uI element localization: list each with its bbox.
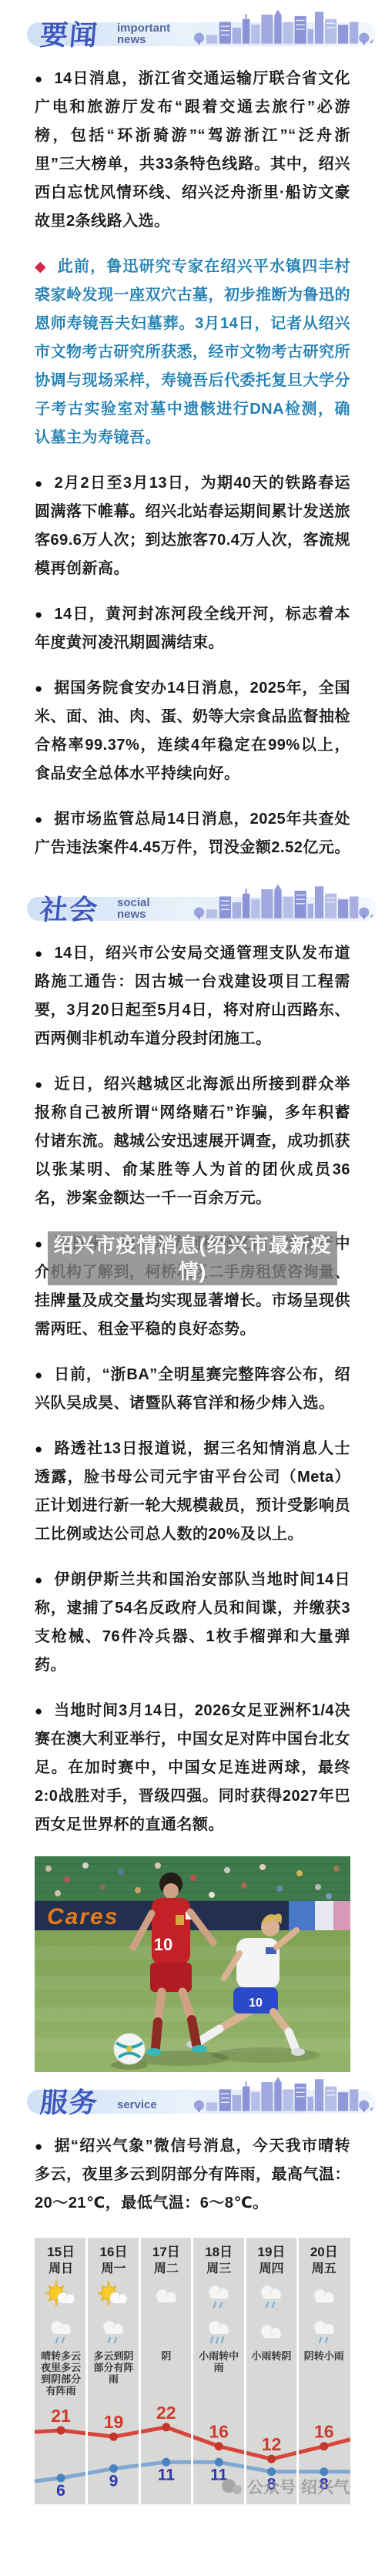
news-text: 2月2日至3月13日，为期40天的铁路春运圆满落下帷幕。绍兴北站春运期间累计发送… — [35, 475, 350, 577]
news-text: 日前，“浙BA”全明星赛完整阵容公布，绍兴队吴成昊、诸暨队蒋官洋和杨少炜入选。 — [35, 1366, 350, 1412]
news-text: 14日，绍兴市公安局交通管理支队发布道路施工通告：因古城一台戏建设项目工程需要，… — [35, 945, 350, 1047]
subtitle-line-2: news — [117, 908, 202, 920]
bullet-dot-icon: ● — [35, 1368, 43, 1382]
day-condition: 阴 — [140, 2349, 192, 2363]
news-item: ●14日消息，浙江省交通运输厅联合省文化广电和旅游厅发布“跟着交通去旅行”必游榜… — [35, 65, 350, 236]
weather-day-icon-sun-cloud — [87, 2278, 139, 2313]
day-condition: 多云到阴部分有阵雨 — [87, 2349, 139, 2386]
news-item: ●据“绍兴气象”微信号消息，今天我市晴转多云，夜里多云到阴部分有阵雨，最高气温：… — [35, 2132, 350, 2218]
bullet-dot-icon: ● — [35, 946, 44, 961]
day-date: 15日 — [35, 2244, 87, 2261]
bullet-dot-icon: ● — [35, 812, 43, 827]
section-subtitle: social news — [117, 897, 202, 920]
news-text: 伊朗伊斯兰共和国治安部队当地时间14日称，逮捕了54名反政府人员和间谍，并缴获3… — [35, 1571, 350, 1674]
temp-label-low: 9 — [109, 2473, 119, 2490]
day-date: 16日 — [87, 2244, 139, 2261]
news-text: 此前，鲁迅研究专家在绍兴平水镇四丰村裘家岭发现一座双穴古墓，初步推断为鲁迅的恩师… — [35, 258, 350, 446]
bullet-dot-icon: ● — [35, 1442, 44, 1456]
bullet-dot-icon: ● — [35, 607, 44, 622]
news-item: ●伊朗伊斯兰共和国治安部队当地时间14日称，逮捕了54名反政府人员和间谍，并缴获… — [35, 1566, 350, 1680]
bullet-dot-icon: ● — [35, 476, 44, 491]
section-header-fuwu: 服务 service — [0, 2072, 385, 2115]
section-header-yaowen: 要闻 important news — [0, 5, 385, 48]
section-title: 要闻 — [38, 22, 99, 49]
column-divider — [85, 2238, 88, 2504]
news-item: ●2月2日至3月13日，为期40天的铁路春运圆满落下帷幕。绍兴北站春运期间累计发… — [35, 469, 350, 583]
temp-label-high: 22 — [156, 2404, 176, 2423]
white-player-number: 10 — [249, 1997, 263, 2010]
wechat-icon — [233, 2485, 242, 2494]
news-item: ●连日来，记者走访柯桥城区内多家房产中介机构了解到，柯桥城区二手房租赁咨询量、挂… — [35, 1230, 350, 1344]
news-item: ●14日，绍兴市公安局交通管理支队发布道路施工通告：因古城一台戏建设项目工程需要… — [35, 939, 350, 1053]
weather-day-column: 16日周一多云到阴部分有阵雨 — [87, 2238, 139, 2404]
news-text: 近日，绍兴越城区北海派出所接到群众举报称自己被所谓“网络赌石”诈骗，多年积蓄付诸… — [35, 1076, 350, 1207]
city-skyline-icon — [193, 2075, 374, 2114]
weather-day-column: 17日周二阴 — [140, 2238, 192, 2404]
news-item: ●当地时间3月14日，2026女足亚洲杯1/4决赛在澳大利亚举行，中国女足对阵中… — [35, 1697, 350, 1839]
subtitle-line-1: social — [117, 897, 202, 908]
news-list-yaowen: ●14日消息，浙江省交通运输厅联合省文化广电和旅游厅发布“跟着交通去旅行”必游榜… — [0, 65, 385, 862]
temp-label-low: 6 — [56, 2482, 65, 2500]
news-item: ●据国务院食安办14日消息，2025年，全国米、面、油、肉、蛋、奶等大宗食品监督… — [35, 674, 350, 788]
temp-label-low: 11 — [158, 2466, 176, 2484]
chart-watermark-text: 公众号·绍兴气象 — [247, 2478, 350, 2497]
bullet-dot-icon: ● — [35, 2139, 44, 2154]
news-list-fuwu: ●据“绍兴气象”微信号消息，今天我市晴转多云，夜里多云到阴部分有阵雨，最高气温：… — [0, 2132, 385, 2218]
news-item: ●14日，黄河封冻河段全线开河，标志着本年度黄河凌汛期圆满结束。 — [35, 600, 350, 657]
section-subtitle: service — [117, 2099, 202, 2111]
bullet-dot-icon: ● — [35, 1077, 44, 1092]
section-subtitle: important news — [117, 22, 202, 45]
page-root: 要闻 important news ●14日消息，浙江省交通运输厅联合省文化广电… — [0, 0, 385, 2576]
bullet-diamond-icon: ◆ — [35, 259, 47, 275]
weather-night-icon-cloud-rain-heavy — [192, 2313, 245, 2349]
weather-night-icon-cloud-rain — [35, 2313, 87, 2349]
subtitle-line-1: service — [117, 2099, 202, 2111]
day-condition: 阴转小雨 — [298, 2349, 350, 2363]
day-date: 19日 — [245, 2244, 297, 2261]
news-text: 14日，黄河封冻河段全线开河，标志着本年度黄河凌汛期圆满结束。 — [35, 606, 350, 651]
match-photo: Cares 10 — [35, 1856, 350, 2072]
weather-day-icon-cloud-rain — [245, 2278, 297, 2313]
red-player-number: 10 — [154, 1935, 172, 1954]
day-condition: 小雨转中雨 — [192, 2349, 245, 2375]
news-list-shehui: ●14日，绍兴市公安局交通管理支队发布道路施工通告：因古城一台戏建设项目工程需要… — [0, 939, 385, 1839]
weather-night-icon-cloud — [245, 2313, 297, 2349]
day-weekday: 周二 — [140, 2261, 192, 2278]
news-text: 据“绍兴气象”微信号消息，今天我市晴转多云，夜里多云到阴部分有阵雨，最高气温：2… — [35, 2138, 350, 2212]
weather-day-icon-cloud-rain — [192, 2278, 245, 2313]
temp-label-high: 16 — [209, 2422, 229, 2442]
day-weekday: 周三 — [192, 2261, 245, 2278]
section-title: 服务 — [38, 2089, 99, 2117]
news-item: ●据市场监管总局14日消息，2025年共查处广告违法案件4.45万件，罚没金额2… — [35, 805, 350, 862]
weather-night-icon-cloud-rain — [87, 2313, 139, 2349]
news-text: 据市场监管总局14日消息，2025年共查处广告违法案件4.45万件，罚没金额2.… — [35, 811, 350, 856]
news-item: ◆此前，鲁迅研究专家在绍兴平水镇四丰村裘家岭发现一座双穴古墓，初步推断为鲁迅的恩… — [35, 253, 350, 452]
weather-night-icon-cloud-rain — [298, 2313, 350, 2349]
city-skyline-icon — [193, 882, 374, 921]
day-date: 18日 — [192, 2244, 245, 2261]
day-weekday: 周日 — [35, 2261, 87, 2278]
weather-day-icon-cloud — [298, 2278, 350, 2313]
epidemic-watermark-overlay: 绍兴市疫情消息(绍兴市最新疫情) — [48, 1231, 337, 1285]
weather-day-column: 18日周三小雨转中雨 — [192, 2238, 245, 2404]
bullet-dot-icon: ● — [35, 1237, 44, 1251]
bullet-dot-icon: ● — [35, 72, 44, 86]
weather-day-column: 15日周日晴转多云夜里多云到阴部分有阵雨 — [35, 2238, 87, 2404]
news-text: 当地时间3月14日，2026女足亚洲杯1/4决赛在澳大利亚举行，中国女足对阵中国… — [35, 1702, 350, 1833]
column-divider — [244, 2238, 246, 2504]
day-date: 17日 — [140, 2244, 192, 2261]
temp-label-high: 12 — [262, 2434, 282, 2454]
weather-day-icon-sun-cloud — [35, 2278, 87, 2313]
weather-day-column: 20日周五阴转小雨 — [298, 2238, 350, 2404]
news-text: 据国务院食安办14日消息，2025年，全国米、面、油、肉、蛋、奶等大宗食品监督抽… — [35, 680, 350, 782]
chart-watermark: 公众号·绍兴气象 — [222, 2478, 350, 2497]
section-title: 社会 — [38, 896, 99, 924]
weather-night-icon-none — [140, 2313, 192, 2349]
bullet-dot-icon: ● — [35, 681, 43, 696]
city-skyline-icon — [193, 8, 374, 46]
news-item: ●日前，“浙BA”全明星赛完整阵容公布，绍兴队吴成昊、诸暨队蒋官洋和杨少炜入选。 — [35, 1361, 350, 1418]
day-weekday: 周五 — [298, 2261, 350, 2278]
weather-day-icon-cloud — [140, 2278, 192, 2313]
bullet-dot-icon: ● — [35, 1704, 43, 1718]
temp-label-high: 16 — [314, 2422, 334, 2442]
temp-label-high: 21 — [51, 2406, 71, 2426]
news-item: ●近日，绍兴越城区北海派出所接到群众举报称自己被所谓“网络赌石”诈骗，多年积蓄付… — [35, 1070, 350, 1213]
weather-widget: 15日周日晴转多云夜里多云到阴部分有阵雨16日周一多云到阴部分有阵雨17日周二阴… — [35, 2238, 350, 2504]
day-condition: 小雨转阴 — [245, 2349, 297, 2363]
day-weekday: 周四 — [245, 2261, 297, 2278]
column-divider — [139, 2238, 141, 2504]
news-item: ●路透社13日报道说，据三名知情消息人士透露，脸书母公司元宇宙平台公司（Meta… — [35, 1435, 350, 1549]
day-condition: 晴转多云夜里多云到阴部分有阵雨 — [35, 2349, 87, 2398]
day-weekday: 周一 — [87, 2261, 139, 2278]
column-divider — [191, 2238, 193, 2504]
temp-label-high: 19 — [104, 2412, 124, 2432]
news-text: 路透社13日报道说，据三名知情消息人士透露，脸书母公司元宇宙平台公司（Meta）… — [35, 1440, 350, 1543]
subtitle-line-1: important — [117, 22, 202, 34]
subtitle-line-2: news — [117, 34, 202, 45]
day-date: 20日 — [298, 2244, 350, 2261]
news-text: 14日消息，浙江省交通运输厅联合省文化广电和旅游厅发布“跟着交通去旅行”必游榜，… — [35, 70, 350, 230]
column-divider — [296, 2238, 299, 2504]
bullet-dot-icon: ● — [35, 1573, 44, 1587]
ad-board-text: Cares — [47, 1904, 119, 1929]
section-header-shehui: 社会 social news — [0, 879, 385, 922]
weather-day-column: 19日周四小雨转阴 — [245, 2238, 297, 2404]
